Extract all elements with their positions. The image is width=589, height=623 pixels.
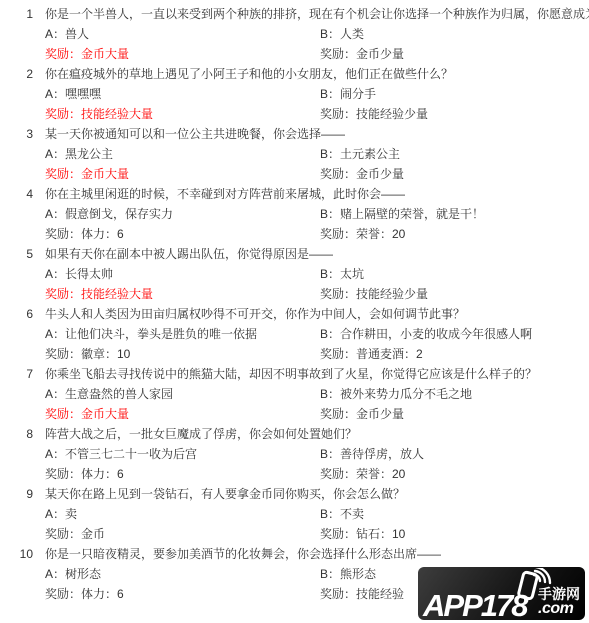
question-block: 7 你乘坐飞船去寻找传说中的熊猫大陆，却因不明事故到了火星，你觉得它应该是什么样… xyxy=(0,364,589,424)
logo-site-name: 手游网 .com xyxy=(538,587,580,618)
question-text: 你在主城里闲逛的时候，不幸碰到对方阵营前来屠城，此时你会—— xyxy=(45,184,589,204)
options-line: A：生意盎然的兽人家园 B：被外来势力瓜分不毛之地 xyxy=(0,384,589,404)
reward-b: 奖励：金币少量 xyxy=(320,404,589,424)
options-line: A：不管三七二十一收为后宫 B：善待俘虏，放人 xyxy=(0,444,589,464)
reward-b: 奖励：钻石：10 xyxy=(320,524,589,544)
question-number: 5 xyxy=(0,244,45,264)
rewards-line: 奖励：金币 奖励：钻石：10 xyxy=(0,524,589,544)
options-line: A：长得太帅 B：太坑 xyxy=(0,264,589,284)
reward-a: 奖励：体力：6 xyxy=(45,584,320,604)
question-number: 7 xyxy=(0,364,45,384)
question-line: 6 牛头人和人类因为田亩归属权吵得不可开交，你作为中间人，会如何调节此事？ xyxy=(0,304,589,324)
quiz-list: 1 你是一个半兽人，一直以来受到两个种族的排挤，现在有个机会让你选择一个种族作为… xyxy=(0,0,589,604)
reward-a: 奖励：技能经验大量 xyxy=(45,104,320,124)
reward-a: 奖励：金币大量 xyxy=(45,164,320,184)
reward-b: 奖励：技能经验少量 xyxy=(320,284,589,304)
option-b: B：善待俘虏，放人 xyxy=(320,444,589,464)
option-b: B：闹分手 xyxy=(320,84,589,104)
question-block: 2 你在瘟疫城外的草地上遇见了小阿王子和他的小女朋友，他们正在做些什么？ A：嘿… xyxy=(0,64,589,124)
question-text: 你乘坐飞船去寻找传说中的熊猫大陆，却因不明事故到了火星，你觉得它应该是什么样子的… xyxy=(45,364,589,384)
reward-b: 奖励：普通麦酒：2 xyxy=(320,344,589,364)
rewards-line: 奖励：金币大量 奖励：金币少量 xyxy=(0,404,589,424)
question-text: 如果有天你在副本中被人踢出队伍，你觉得原因是—— xyxy=(45,244,589,264)
question-text: 牛头人和人类因为田亩归属权吵得不可开交，你作为中间人，会如何调节此事？ xyxy=(45,304,589,324)
options-line: A：黑龙公主 B：土元素公主 xyxy=(0,144,589,164)
question-number: 8 xyxy=(0,424,45,444)
option-a: A：假意倒戈，保存实力 xyxy=(45,204,320,224)
question-text: 某天你在路上见到一袋钻石，有人要拿金币同你购买，你会怎么做？ xyxy=(45,484,589,504)
rewards-line: 奖励：金币大量 奖励：金币少量 xyxy=(0,164,589,184)
page: { "colors": { "background": "#ffffff", "… xyxy=(0,0,589,623)
question-line: 7 你乘坐飞船去寻找传说中的熊猫大陆，却因不明事故到了火星，你觉得它应该是什么样… xyxy=(0,364,589,384)
reward-b: 奖励：技能经验少量 xyxy=(320,104,589,124)
app178-watermark-logo: APP178 手游网 .com xyxy=(418,567,585,620)
question-number: 4 xyxy=(0,184,45,204)
rewards-line: 奖励：体力：6 奖励：荣誉：20 xyxy=(0,224,589,244)
reward-a: 奖励：技能经验大量 xyxy=(45,284,320,304)
options-line: A：卖 B：不卖 xyxy=(0,504,589,524)
question-line: 9 某天你在路上见到一袋钻石，有人要拿金币同你购买，你会怎么做？ xyxy=(0,484,589,504)
reward-a: 奖励：金币大量 xyxy=(45,44,320,64)
question-block: 5 如果有天你在副本中被人踢出队伍，你觉得原因是—— A：长得太帅 B：太坑 奖… xyxy=(0,244,589,304)
option-a: A：不管三七二十一收为后宫 xyxy=(45,444,320,464)
option-a: A：嘿嘿嘿 xyxy=(45,84,320,104)
option-b: B：赌上隔壁的荣誉，就是干！ xyxy=(320,204,589,224)
question-line: 5 如果有天你在副本中被人踢出队伍，你觉得原因是—— xyxy=(0,244,589,264)
question-number: 1 xyxy=(0,4,45,24)
question-number: 10 xyxy=(0,544,45,564)
option-a: A：黑龙公主 xyxy=(45,144,320,164)
question-block: 8 阵营大战之后，一批女巨魔成了俘虏，你会如何处置她们？ A：不管三七二十一收为… xyxy=(0,424,589,484)
question-number: 9 xyxy=(0,484,45,504)
logo-cn-text: 手游网 xyxy=(538,587,580,602)
question-block: 9 某天你在路上见到一袋钻石，有人要拿金币同你购买，你会怎么做？ A：卖 B：不… xyxy=(0,484,589,544)
question-block: 4 你在主城里闲逛的时候，不幸碰到对方阵营前来屠城，此时你会—— A：假意倒戈，… xyxy=(0,184,589,244)
question-number: 3 xyxy=(0,124,45,144)
options-line: A：兽人 B：人类 xyxy=(0,24,589,44)
options-line: A：假意倒戈，保存实力 B：赌上隔壁的荣誉，就是干！ xyxy=(0,204,589,224)
question-text: 阵营大战之后，一批女巨魔成了俘虏，你会如何处置她们？ xyxy=(45,424,589,444)
question-line: 8 阵营大战之后，一批女巨魔成了俘虏，你会如何处置她们？ xyxy=(0,424,589,444)
question-block: 6 牛头人和人类因为田亩归属权吵得不可开交，你作为中间人，会如何调节此事？ A：… xyxy=(0,304,589,364)
question-number: 2 xyxy=(0,64,45,84)
question-line: 4 你在主城里闲逛的时候，不幸碰到对方阵营前来屠城，此时你会—— xyxy=(0,184,589,204)
option-b: B：合作耕田，小麦的收成今年很感人啊 xyxy=(320,324,589,344)
logo-com-text: .com xyxy=(538,601,573,618)
option-b: B：不卖 xyxy=(320,504,589,524)
question-line: 1 你是一个半兽人，一直以来受到两个种族的排挤，现在有个机会让你选择一个种族作为… xyxy=(0,4,589,24)
rewards-line: 奖励：技能经验大量 奖励：技能经验少量 xyxy=(0,284,589,304)
options-line: A：嘿嘿嘿 B：闹分手 xyxy=(0,84,589,104)
question-text: 某一天你被通知可以和一位公主共进晚餐，你会选择—— xyxy=(45,124,589,144)
question-line: 2 你在瘟疫城外的草地上遇见了小阿王子和他的小女朋友，他们正在做些什么？ xyxy=(0,64,589,84)
question-block: 1 你是一个半兽人，一直以来受到两个种族的排挤，现在有个机会让你选择一个种族作为… xyxy=(0,4,589,64)
reward-b: 奖励：金币少量 xyxy=(320,44,589,64)
question-text: 你是一只暗夜精灵，要参加美酒节的化妆舞会，你会选择什么形态出席—— xyxy=(45,544,589,564)
option-a: A：卖 xyxy=(45,504,320,524)
reward-a: 奖励：徽章：10 xyxy=(45,344,320,364)
reward-a: 奖励：金币 xyxy=(45,524,320,544)
option-a: A：长得太帅 xyxy=(45,264,320,284)
reward-b: 奖励：金币少量 xyxy=(320,164,589,184)
rewards-line: 奖励：金币大量 奖励：金币少量 xyxy=(0,44,589,64)
rewards-line: 奖励：徽章：10 奖励：普通麦酒：2 xyxy=(0,344,589,364)
option-b: B：太坑 xyxy=(320,264,589,284)
question-line: 10 你是一只暗夜精灵，要参加美酒节的化妆舞会，你会选择什么形态出席—— xyxy=(0,544,589,564)
rewards-line: 奖励：技能经验大量 奖励：技能经验少量 xyxy=(0,104,589,124)
reward-b: 奖励：荣誉：20 xyxy=(320,224,589,244)
question-block: 3 某一天你被通知可以和一位公主共进晚餐，你会选择—— A：黑龙公主 B：土元素… xyxy=(0,124,589,184)
reward-b: 奖励：荣誉：20 xyxy=(320,464,589,484)
option-b: B：土元素公主 xyxy=(320,144,589,164)
option-a: A：让他们决斗，拳头是胜负的唯一依据 xyxy=(45,324,320,344)
reward-a: 奖励：体力：6 xyxy=(45,464,320,484)
logo-brand-text: APP178 xyxy=(423,588,526,620)
question-text: 你是一个半兽人，一直以来受到两个种族的排挤，现在有个机会让你选择一个种族作为归属… xyxy=(45,4,589,24)
option-a: A：树形态 xyxy=(45,564,320,584)
question-text: 你在瘟疫城外的草地上遇见了小阿王子和他的小女朋友，他们正在做些什么？ xyxy=(45,64,589,84)
option-a: A：兽人 xyxy=(45,24,320,44)
options-line: A：让他们决斗，拳头是胜负的唯一依据 B：合作耕田，小麦的收成今年很感人啊 xyxy=(0,324,589,344)
question-line: 3 某一天你被通知可以和一位公主共进晚餐，你会选择—— xyxy=(0,124,589,144)
option-a: A：生意盎然的兽人家园 xyxy=(45,384,320,404)
reward-a: 奖励：体力：6 xyxy=(45,224,320,244)
rewards-line: 奖励：体力：6 奖励：荣誉：20 xyxy=(0,464,589,484)
option-b: B：人类 xyxy=(320,24,589,44)
option-b: B：被外来势力瓜分不毛之地 xyxy=(320,384,589,404)
question-number: 6 xyxy=(0,304,45,324)
reward-a: 奖励：金币大量 xyxy=(45,404,320,424)
